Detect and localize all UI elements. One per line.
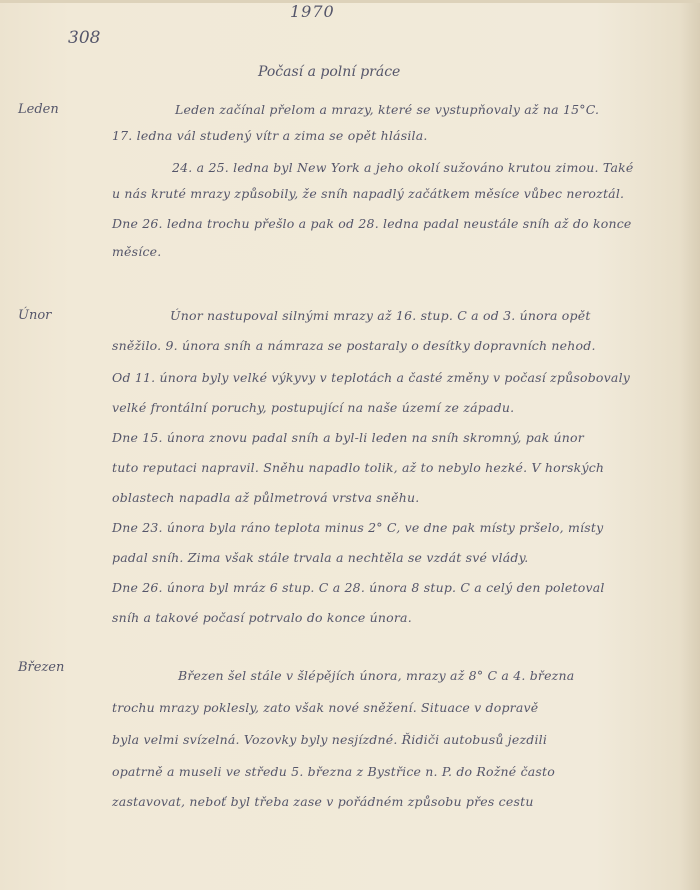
text-line: velké frontální poruchy, postupující na … [112, 400, 514, 415]
chronicle-page: 1970 308 Počasí a polní práce Leden Lede… [0, 0, 700, 890]
text-line: zastavovat, neboť byl třeba zase v pořád… [112, 794, 534, 809]
year-header: 1970 [290, 2, 335, 21]
month-label-unor: Únor [18, 308, 51, 323]
text-line: 17. ledna vál studený vítr a zima se opě… [112, 128, 428, 143]
month-label-leden: Leden [18, 102, 59, 117]
page-title: Počasí a polní práce [258, 64, 400, 80]
text-line: sníh a takové počasí potrvalo do konce ú… [112, 610, 412, 625]
text-line: Dne 23. února byla ráno teplota minus 2°… [112, 520, 603, 535]
text-line: oblastech napadla až půlmetrová vrstva s… [112, 490, 419, 505]
text-line: Únor nastupoval silnými mrazy až 16. stu… [170, 308, 591, 323]
text-line: 24. a 25. ledna byl New York a jeho okol… [172, 160, 633, 175]
text-line: sněžilo. 9. února sníh a námraza se post… [112, 338, 596, 353]
text-line: opatrně a museli ve středu 5. března z B… [112, 764, 555, 779]
page-edge [0, 0, 700, 3]
text-line: Dne 26. února byl mráz 6 stup. C a 28. ú… [112, 580, 605, 595]
text-line: Dne 26. ledna trochu přešlo a pak od 28.… [112, 216, 632, 231]
text-line: byla velmi svízelná. Vozovky byly nesjíz… [112, 732, 547, 747]
text-line: Březen šel stále v šlépějích února, mraz… [178, 668, 574, 683]
text-line: padal sníh. Zima však stále trvala a nec… [112, 550, 528, 565]
month-label-brezen: Březen [18, 660, 64, 675]
page-number: 308 [68, 28, 100, 48]
text-line: u nás kruté mrazy způsobily, že sníh nap… [112, 186, 624, 201]
text-line: trochu mrazy poklesly, zato však nové sn… [112, 700, 538, 715]
text-line: tuto reputaci napravil. Sněhu napadlo to… [112, 460, 604, 475]
text-line: Od 11. února byly velké výkyvy v teplotá… [112, 370, 630, 385]
text-line: Dne 15. února znovu padal sníh a byl-li … [112, 430, 584, 445]
text-line: Leden začínal přelom a mrazy, které se v… [175, 102, 599, 117]
text-line: měsíce. [112, 244, 161, 259]
